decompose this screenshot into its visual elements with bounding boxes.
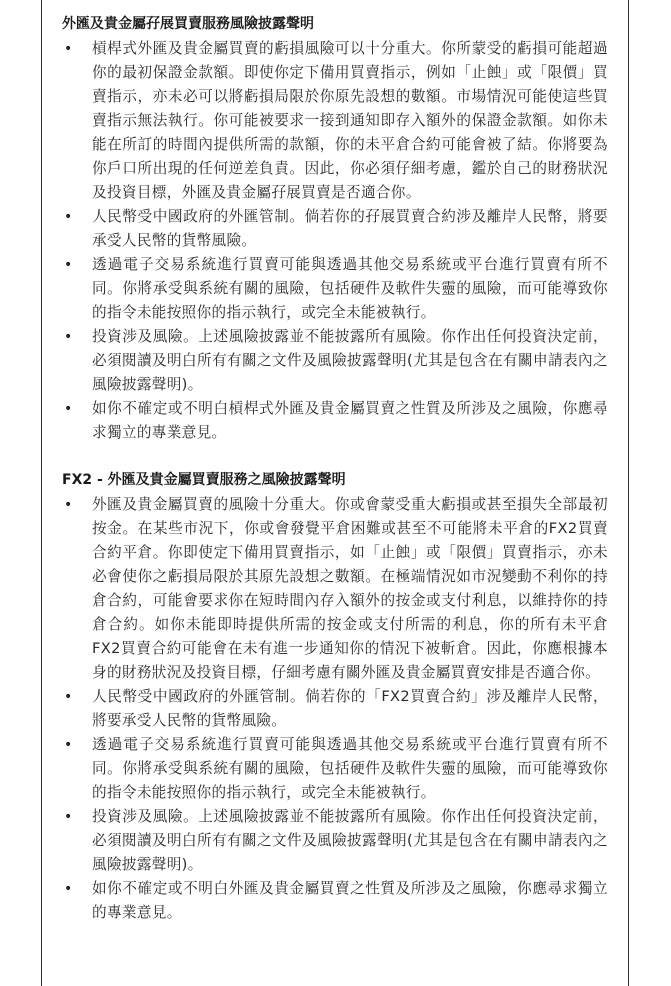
list-item-text: 如你不確定或不明白外匯及貴金屬買賣之性質及所涉及之風險，你應尋求獨立的專業意見。: [92, 880, 608, 921]
list-item: •如你不確定或不明白外匯及貴金屬買賣之性質及所涉及之風險，你應尋求獨立的專業意見…: [62, 877, 608, 925]
list-item-text: 外匯及貴金屬買賣的風險十分重大。你或會蒙受重大虧損或甚至損失全部最初按金。在某些…: [92, 496, 608, 681]
list-item-text: 透過電子交易系統進行買賣可能與透過其他交易系統或平台進行買賣有所不同。你將承受與…: [92, 256, 608, 321]
section-fx-margin-disclosure: 外匯及貴金屬孖展買賣服務風險披露聲明 •槓桿式外匯及貴金屬買賣的虧損風險可以十分…: [62, 13, 628, 445]
section-title: FX2 - 外匯及貴金屬買賣服務之風險披露聲明: [62, 469, 628, 491]
list-item: •透過電子交易系統進行買賣可能與透過其他交易系統或平台進行買賣有所不同。你將承受…: [62, 733, 608, 805]
bullet-icon: •: [64, 253, 74, 277]
list-item-text: 人民幣受中國政府的外匯管制。倘若你的孖展買賣合約涉及離岸人民幣，將要承受人民幣的…: [92, 208, 608, 249]
list-item: •投資涉及風險。上述風險披露並不能披露所有風險。你作出任何投資決定前，必須閱讀及…: [62, 325, 608, 397]
list-item: •投資涉及風險。上述風險披露並不能披露所有風險。你作出任何投資決定前，必須閱讀及…: [62, 805, 608, 877]
list-item: •透過電子交易系統進行買賣可能與透過其他交易系統或平台進行買賣有所不同。你將承受…: [62, 253, 608, 325]
bullet-icon: •: [64, 805, 74, 829]
bullet-icon: •: [64, 397, 74, 421]
section-fx2-disclosure: FX2 - 外匯及貴金屬買賣服務之風險披露聲明 •外匯及貴金屬買賣的風險十分重大…: [62, 469, 628, 925]
section-title: 外匯及貴金屬孖展買賣服務風險披露聲明: [62, 13, 628, 35]
list-item: •人民幣受中國政府的外匯管制。倘若你的「FX2買賣合約」涉及離岸人民幣，將要承受…: [62, 685, 608, 733]
list-item-text: 槓桿式外匯及貴金屬買賣的虧損風險可以十分重大。你所蒙受的虧損可能超過你的最初保證…: [92, 40, 608, 201]
list-item: •人民幣受中國政府的外匯管制。倘若你的孖展買賣合約涉及離岸人民幣，將要承受人民幣…: [62, 205, 608, 253]
disclosure-list: •槓桿式外匯及貴金屬買賣的虧損風險可以十分重大。你所蒙受的虧損可能超過你的最初保…: [62, 37, 628, 445]
bullet-icon: •: [64, 733, 74, 757]
disclosure-list: •外匯及貴金屬買賣的風險十分重大。你或會蒙受重大虧損或甚至損失全部最初按金。在某…: [62, 493, 628, 925]
list-item: •如你不確定或不明白槓桿式外匯及貴金屬買賣之性質及所涉及之風險，你應尋求獨立的專…: [62, 397, 608, 445]
list-item-text: 透過電子交易系統進行買賣可能與透過其他交易系統或平台進行買賣有所不同。你將承受與…: [92, 736, 608, 801]
list-item-text: 投資涉及風險。上述風險披露並不能披露所有風險。你作出任何投資決定前，必須閱讀及明…: [92, 808, 608, 873]
bullet-icon: •: [64, 325, 74, 349]
bullet-icon: •: [64, 37, 74, 61]
bullet-icon: •: [64, 493, 74, 517]
list-item: •槓桿式外匯及貴金屬買賣的虧損風險可以十分重大。你所蒙受的虧損可能超過你的最初保…: [62, 37, 608, 205]
risk-disclosure-panel: 外匯及貴金屬孖展買賣服務風險披露聲明 •槓桿式外匯及貴金屬買賣的虧損風險可以十分…: [41, 0, 629, 986]
bullet-icon: •: [64, 205, 74, 229]
list-item-text: 人民幣受中國政府的外匯管制。倘若你的「FX2買賣合約」涉及離岸人民幣，將要承受人…: [92, 688, 608, 729]
bullet-icon: •: [64, 877, 74, 901]
list-item-text: 如你不確定或不明白槓桿式外匯及貴金屬買賣之性質及所涉及之風險，你應尋求獨立的專業…: [92, 400, 608, 441]
bullet-icon: •: [64, 685, 74, 709]
list-item: •外匯及貴金屬買賣的風險十分重大。你或會蒙受重大虧損或甚至損失全部最初按金。在某…: [62, 493, 608, 685]
list-item-text: 投資涉及風險。上述風險披露並不能披露所有風險。你作出任何投資決定前，必須閱讀及明…: [92, 328, 608, 393]
